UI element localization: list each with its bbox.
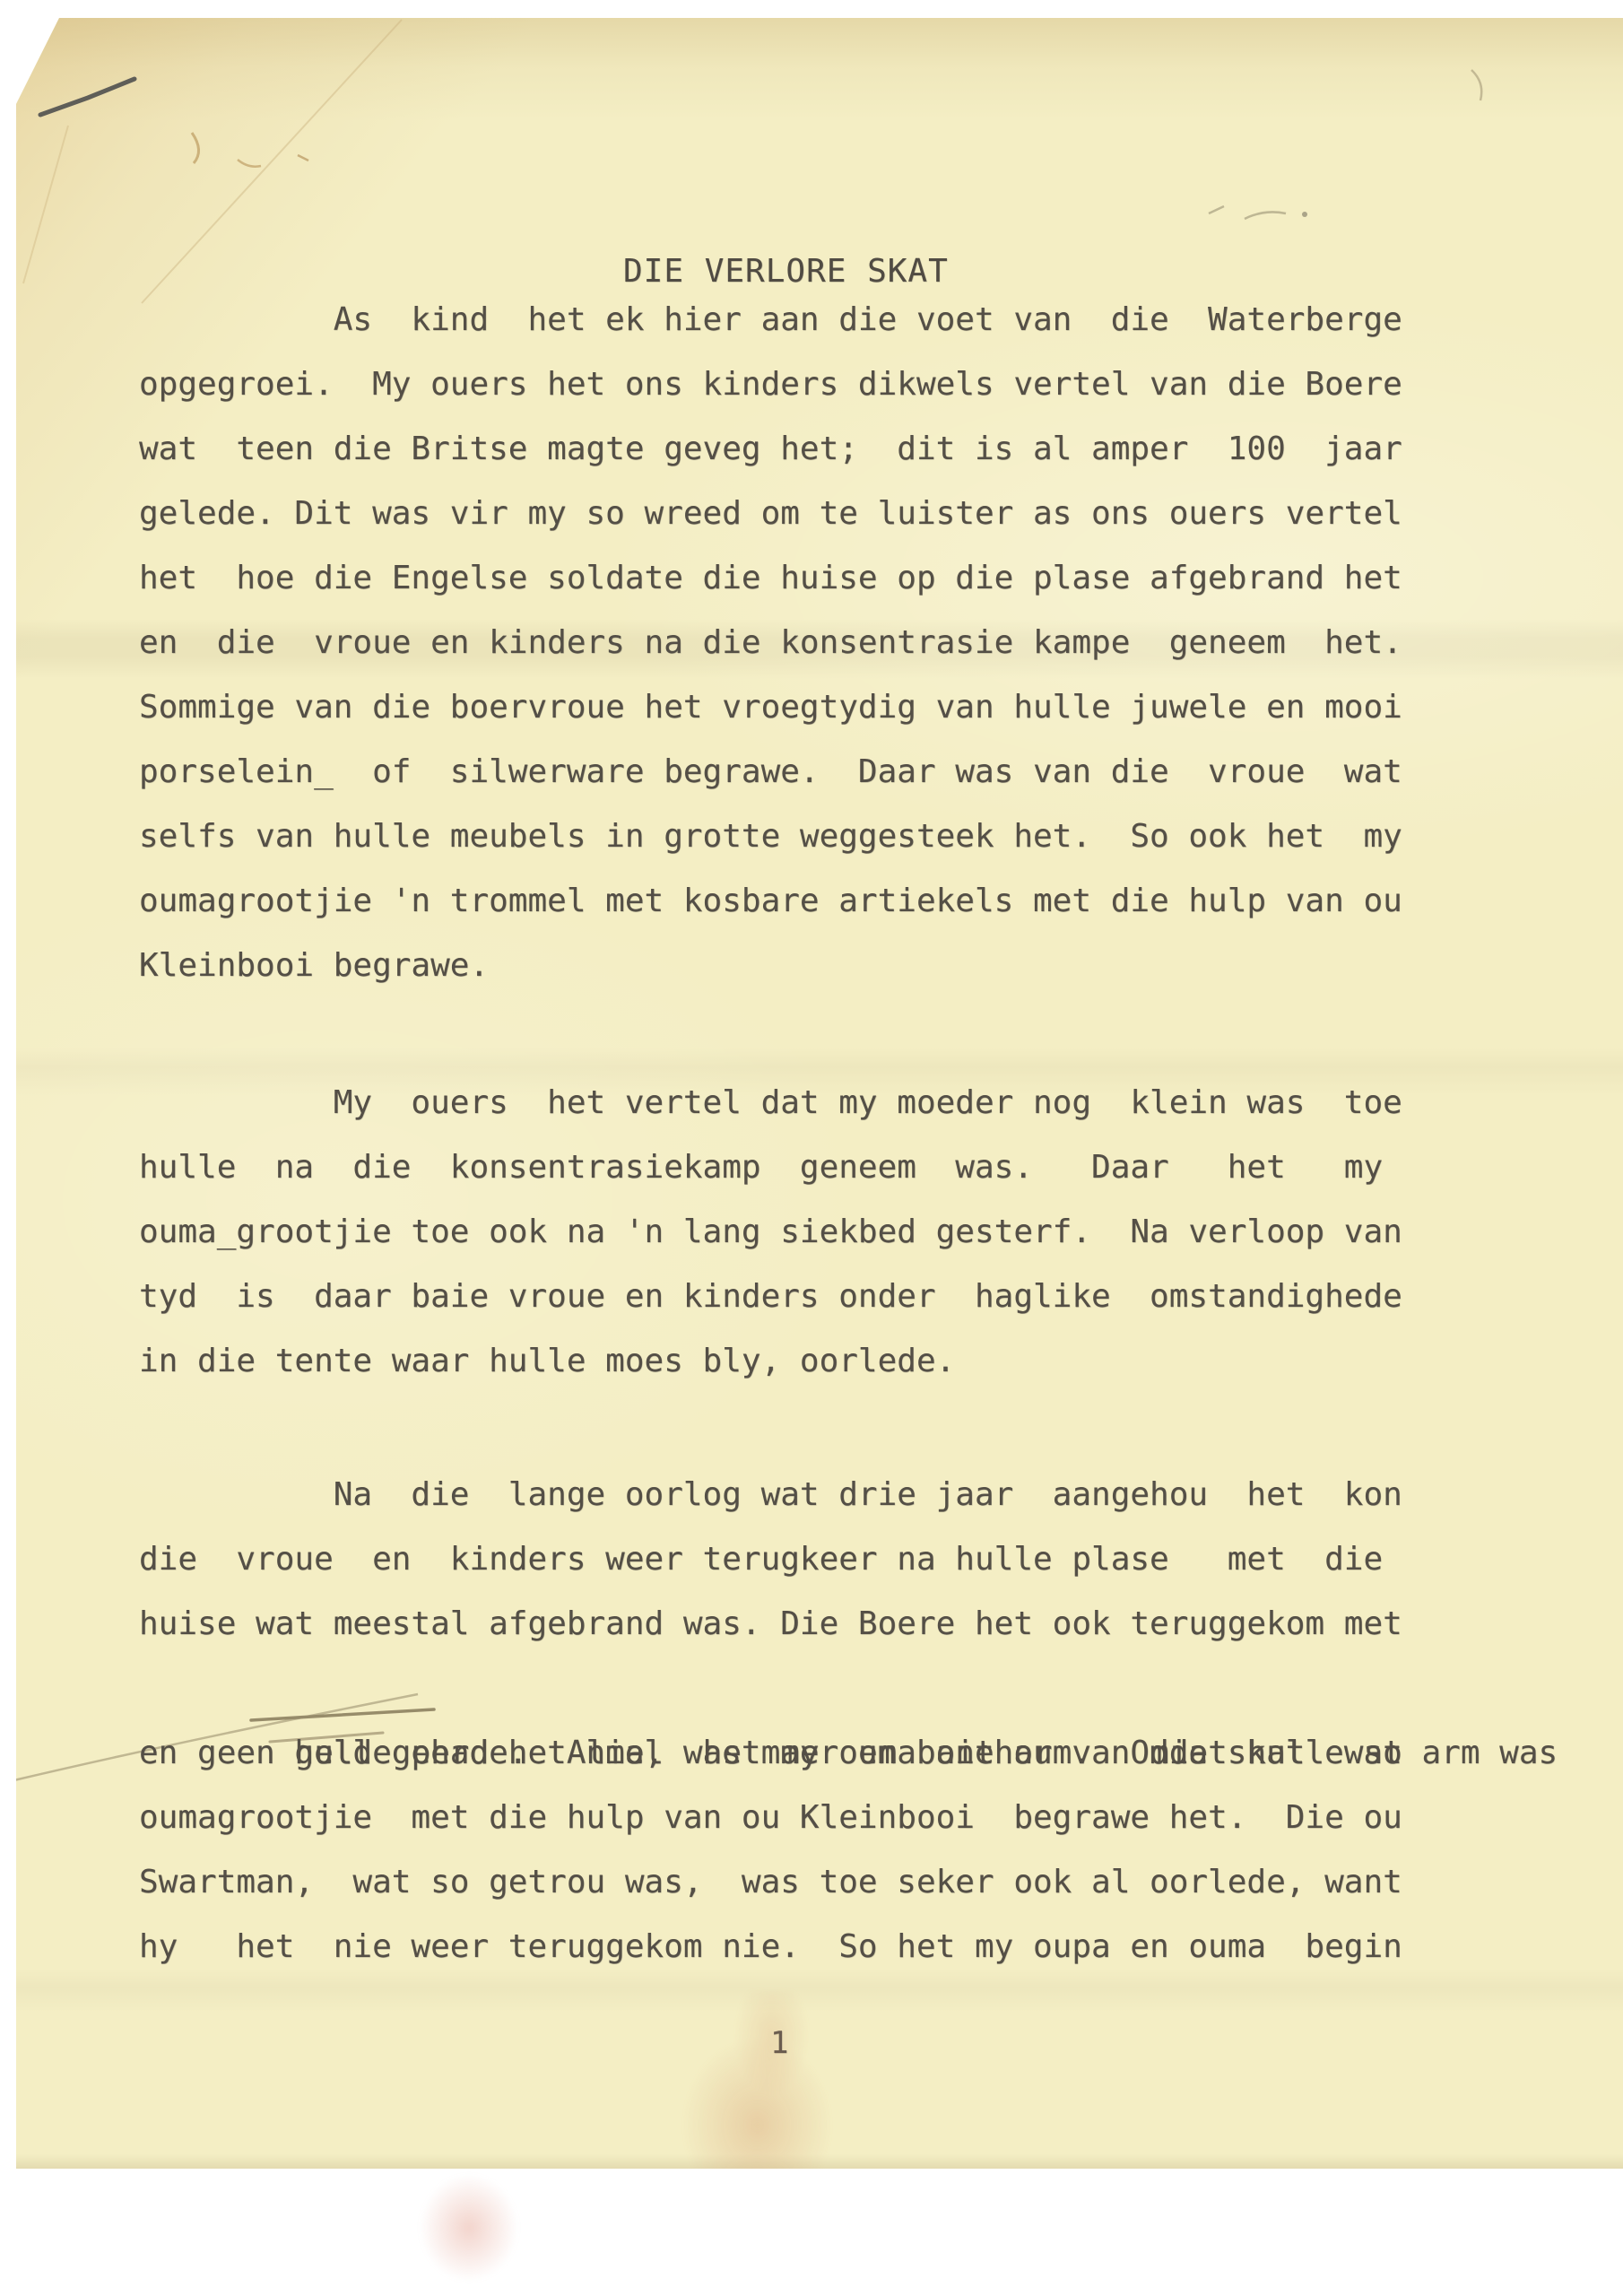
paragraph-2: My ouers het vertel dat my moeder nog kl… <box>139 1071 1402 1394</box>
fold-crease-line <box>142 20 402 303</box>
text-line: het hoe die Engelse soldate die huise op… <box>139 546 1402 611</box>
text-line: Swartman, wat so getrou was, was toe sek… <box>139 1850 1558 1915</box>
stain-mark <box>644 1991 850 2197</box>
text-line: hy het nie weer teruggekom nie. So het m… <box>139 1915 1558 1979</box>
crease-mark <box>192 133 199 163</box>
crease-mark <box>298 155 308 161</box>
smudge-mark <box>420 2174 518 2282</box>
pencil-scribble <box>1209 206 1224 213</box>
text-line: en geen geld gehad het nie, het my ouma … <box>139 1721 1558 1786</box>
text-line: tyd is daar baie vroue en kinders onder … <box>139 1265 1402 1329</box>
paper-sheet: DIE VERLORE SKAT As kind het ek hier aan… <box>16 18 1623 2169</box>
pencil-scribble <box>1245 212 1286 219</box>
text-line: gelede. Dit was vir my so wreed om te lu… <box>139 482 1402 546</box>
text-line: hulle perde. Almal was maer en baie arm.… <box>139 1657 1558 1721</box>
text-line: oumagrootjie 'n trommel met kosbare arti… <box>139 869 1402 934</box>
fold-crease-line <box>23 126 68 283</box>
text-line: Sommige van die boervroue het vroegtydig… <box>139 675 1402 740</box>
text-line: Na die lange oorlog wat drie jaar aangeh… <box>139 1463 1558 1527</box>
text-line: wat teen die Britse magte geveg het; dit… <box>139 417 1402 482</box>
pen-stroke-mark <box>40 79 135 115</box>
text-line: hulle na die konsentrasiekamp geneem was… <box>139 1135 1402 1200</box>
text-line: en die vroue en kinders na die konsentra… <box>139 611 1402 675</box>
document-title: DIE VERLORE SKAT <box>623 253 949 290</box>
text-line: die vroue en kinders weer terugkeer na h… <box>139 1527 1558 1592</box>
crease-mark <box>238 160 261 167</box>
text-line: oumagrootjie met die hulp van ou Kleinbo… <box>139 1786 1558 1850</box>
paragraph-1: As kind het ek hier aan die voet van die… <box>139 288 1402 998</box>
text-line: porselein_ of silwerware begrawe. Daar w… <box>139 740 1402 804</box>
text-line: As kind het ek hier aan die voet van die… <box>139 288 1402 352</box>
text-line: huise wat meestal afgebrand was. Die Boe… <box>139 1592 1558 1657</box>
pencil-scribble <box>1471 70 1481 100</box>
text-line: opgegroei. My ouers het ons kinders dikw… <box>139 352 1402 417</box>
text-line: Kleinbooi begrawe. <box>139 934 1402 998</box>
text-line: selfs van hulle meubels in grotte wegges… <box>139 804 1402 869</box>
text-line: ouma_grootjie toe ook na 'n lang siekbed… <box>139 1200 1402 1265</box>
text-line: My ouers het vertel dat my moeder nog kl… <box>139 1071 1402 1135</box>
ink-speck <box>1302 212 1307 217</box>
text-line: in die tente waar hulle moes bly, oorled… <box>139 1329 1402 1394</box>
paragraph-3: Na die lange oorlog wat drie jaar aangeh… <box>139 1463 1558 1979</box>
